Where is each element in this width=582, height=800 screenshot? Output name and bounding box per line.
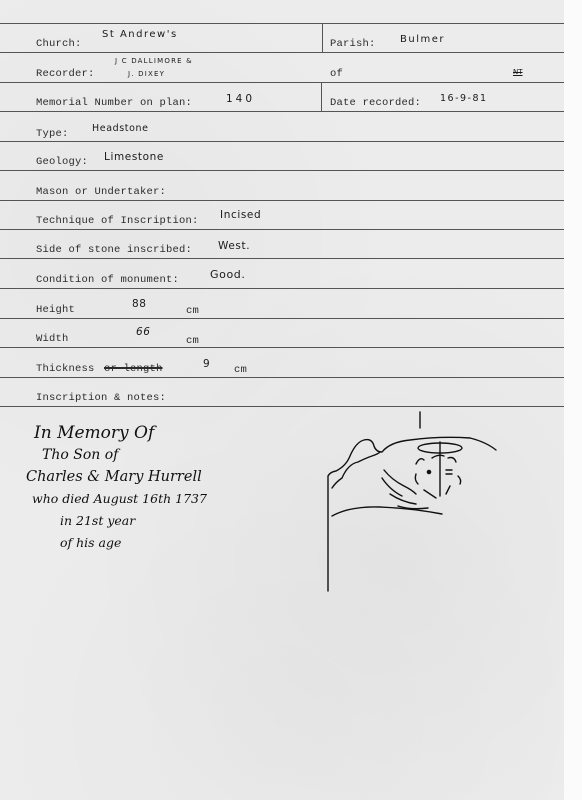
height-label: Height [36,304,75,316]
recorder-label: Recorder: [36,68,95,80]
of-value[interactable]: NT [513,68,523,76]
parish-label: Parish: [330,38,376,50]
thickness-struck-text: or length [104,363,163,375]
width-value[interactable]: 66 [136,326,151,338]
side-value[interactable]: West. [218,240,250,252]
width-label: Width [36,333,69,345]
rule-line [0,52,564,53]
headstone-sketch [320,406,540,606]
inscription-transcription: In Memory Of Tho Son of Charles & Mary H… [24,422,207,554]
rule-line [0,288,564,289]
inscription-notes-label: Inscription & notes: [36,392,166,404]
rule-line [0,377,564,378]
rule-line [0,258,564,259]
type-label: Type: [36,128,69,140]
height-unit: cm [186,305,199,317]
column-divider [322,23,323,52]
mason-label: Mason or Undertaker: [36,186,166,198]
geology-label: Geology: [36,156,88,168]
church-value[interactable]: St Andrew's [102,29,178,40]
condition-value[interactable]: Good. [210,268,245,281]
rule-line [0,170,564,171]
rule-line [0,141,564,142]
thickness-value[interactable]: 9 [203,358,210,370]
rule-line [0,200,564,201]
memorial-number-value[interactable]: 140 [226,93,255,105]
recorder-value-line1[interactable]: J C DALLIMORE & [115,57,193,65]
technique-label: Technique of Inscription: [36,215,199,227]
width-unit: cm [186,335,199,347]
inscription-line: in 21st year [60,510,207,532]
inscription-line: Tho Son of [42,444,207,466]
thickness-label: Thickness [36,363,95,375]
height-value[interactable]: 88 [132,298,147,310]
date-recorded-label: Date recorded: [330,97,421,109]
rule-line [0,229,564,230]
side-label: Side of stone inscribed: [36,244,192,256]
recorder-value-line2[interactable]: J. DIXEY [128,70,165,78]
inscription-line: of his age [60,532,207,554]
rule-line [0,111,564,112]
memorial-number-label: Memorial Number on plan: [36,97,192,109]
condition-label: Condition of monument: [36,274,179,286]
scan-edge [564,0,582,800]
parish-value[interactable]: Bulmer [400,34,445,45]
church-label: Church: [36,38,82,50]
column-divider [321,82,322,111]
rule-line [0,23,564,24]
inscription-line: who died August 16th 1737 [32,488,207,510]
thickness-unit: cm [234,364,247,376]
type-value[interactable]: Headstone [92,123,149,134]
date-recorded-value[interactable]: 16-9-81 [440,93,488,104]
technique-value[interactable]: Incised [220,209,261,221]
rule-line [0,347,564,348]
rule-line [0,82,564,83]
rule-line [0,318,564,319]
of-label: of [330,68,343,80]
inscription-line: In Memory Of [34,422,207,444]
inscription-line: Charles & Mary Hurrell [26,466,207,488]
geology-value[interactable]: Limestone [104,151,164,163]
